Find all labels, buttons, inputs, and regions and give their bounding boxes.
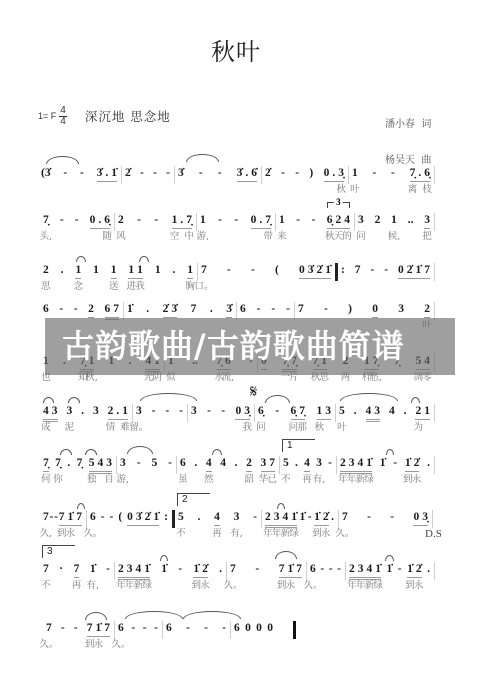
- measure: (3̇--3̇.1̇: [38, 166, 122, 184]
- note: 6̣枝: [424, 166, 430, 181]
- note: 2情: [108, 404, 114, 419]
- note: -: [140, 166, 144, 180]
- note: -: [131, 621, 135, 635]
- lyric: 口。: [194, 281, 213, 293]
- note: 3̇: [308, 263, 314, 278]
- note: 7到: [279, 562, 285, 577]
- lyric: 问: [356, 231, 366, 243]
- note: 2叶: [424, 302, 430, 317]
- slur-arc: [43, 397, 54, 403]
- beam-group: 03̣我: [235, 404, 250, 420]
- lyric: 虽: [178, 474, 188, 486]
- lyric: 然: [204, 474, 214, 486]
- beam-group: 43: [366, 404, 381, 422]
- note: 2韶: [246, 456, 252, 471]
- note: 1进: [128, 263, 134, 278]
- measure: 3̇--3̇.6̇: [175, 166, 262, 184]
- note: 5: [151, 456, 157, 470]
- lyric: 风: [116, 231, 126, 243]
- beam-group: 03̇2̇1̇: [127, 510, 159, 526]
- lyric: 绿: [142, 580, 152, 592]
- note: 1̇绿: [366, 456, 372, 471]
- note: 7不: [43, 562, 49, 576]
- note: 2: [88, 302, 94, 317]
- note: 4: [389, 404, 395, 418]
- note: -: [391, 166, 395, 180]
- note: -: [61, 621, 65, 635]
- note: 1难: [122, 404, 128, 419]
- tuplet-number: 3: [334, 197, 343, 207]
- sheet-music-page: 秋叶 1= F 4 4 深沉地 思念地 潘小春 词 杨吴天 曲 (3̇--3̇.…: [0, 0, 500, 693]
- beam-group: 4再: [304, 456, 310, 472]
- measure: 3--03̣我: [188, 404, 255, 422]
- note: -: [178, 562, 182, 576]
- note: -: [154, 621, 158, 635]
- note: 3̇: [237, 166, 243, 181]
- note: 6久。: [310, 562, 316, 576]
- volta-bracket: 3: [42, 545, 75, 558]
- note: 2̇永: [323, 510, 329, 525]
- measure: 3留。---: [133, 404, 188, 422]
- score-row-10: 7久。--7到1̇永76久。---6---6000: [43, 621, 296, 639]
- measure: 7口。--(03̇2̇1̇: [198, 263, 338, 281]
- lyric: 久。: [303, 580, 322, 592]
- lyric: 那: [297, 422, 307, 434]
- measure: 7久。-7到1̇永7: [227, 562, 307, 580]
- note: -: [80, 166, 84, 180]
- note: 7: [191, 302, 197, 316]
- lyric: 何: [41, 474, 51, 486]
- slur-arc: [127, 446, 153, 454]
- note: 2: [375, 213, 381, 227]
- note: 4: [220, 456, 226, 470]
- note: -: [324, 302, 328, 316]
- note: 7̣头,: [43, 213, 49, 227]
- note: 0: [324, 166, 330, 181]
- note: -: [370, 263, 374, 277]
- note: -: [251, 263, 255, 277]
- note: 6: [166, 621, 172, 635]
- note: -: [153, 166, 157, 180]
- note: 4再: [214, 510, 220, 525]
- note: 0: [90, 213, 96, 228]
- note: 0: [398, 263, 404, 278]
- beam-group: 3̇.6̇: [237, 166, 257, 182]
- lyric: 随: [102, 231, 112, 243]
- song-title: 秋叶: [196, 32, 276, 67]
- note: 1̇: [127, 302, 133, 316]
- note: ): [348, 302, 352, 316]
- score-row-8: 7久,--7到1̇永76久。--(03̇2̇1̇:25不.4再3有,-2年3年4…: [40, 510, 433, 528]
- note: -: [106, 562, 110, 576]
- note: -: [179, 404, 183, 418]
- slur-arc: [76, 256, 86, 262]
- note: 1: [93, 263, 99, 277]
- note: 3: [191, 404, 197, 418]
- lyric: 不: [41, 580, 51, 592]
- note: -: [275, 404, 279, 418]
- measure: 2思.1念11送1进1我1.1胸: [40, 263, 198, 281]
- measure: 7久。--7到1̇永7: [43, 621, 115, 639]
- lyric: 游,: [197, 231, 210, 243]
- note: -: [54, 510, 58, 524]
- lyric: 成: [41, 422, 51, 434]
- beam-group: 1̇到2̇永: [314, 510, 329, 526]
- note: 2风: [118, 213, 124, 227]
- note: 3: [398, 302, 404, 316]
- lyric: 叶: [350, 184, 360, 196]
- beam-group: 2年3年4新1̇绿: [340, 456, 372, 474]
- measure: 2风--1空.7̣中: [115, 213, 197, 231]
- note: 3年: [127, 562, 133, 577]
- note: -: [60, 213, 64, 227]
- note: .: [427, 562, 430, 576]
- note: 1念: [75, 263, 81, 278]
- score-row-6: 4成33泥.32情.1难3留。---3--03̣我6̣问-6̣问7̣那1秋35叶…: [40, 404, 435, 422]
- note: .: [198, 510, 201, 524]
- note: -: [218, 166, 222, 180]
- note: 1̇: [300, 510, 306, 524]
- note: 2年: [349, 562, 355, 577]
- lyric: 我: [242, 422, 252, 434]
- slur-arc: [340, 393, 398, 401]
- note: -: [218, 213, 222, 227]
- note: 3̇: [97, 166, 103, 181]
- measure: 37不·7再1̇有,-: [40, 562, 115, 580]
- beam-group: 0.7̣带: [251, 213, 271, 229]
- note: 5独: [89, 456, 95, 471]
- note: 1̇到: [314, 510, 320, 525]
- measure: 4成33泥.32情.1难: [40, 404, 133, 422]
- time-signature-top: 4: [59, 106, 67, 117]
- note: 3: [52, 404, 58, 419]
- lyric: 送: [109, 281, 119, 293]
- note: 7̣何: [43, 456, 49, 471]
- note: -: [255, 562, 259, 576]
- note: -: [281, 166, 285, 180]
- lyric: 枝: [422, 184, 432, 196]
- note: 3泥: [66, 404, 72, 418]
- note: 3有,: [234, 510, 240, 524]
- note: 2̇永: [416, 562, 422, 577]
- note: 3: [374, 404, 380, 419]
- note: 7̣带: [265, 213, 271, 228]
- note: 0: [372, 302, 378, 317]
- dal-segno-mark: D.S: [425, 528, 442, 540]
- note: 2̇: [407, 263, 413, 278]
- note: 2̇永: [202, 562, 208, 577]
- tuplet-bracket: 3: [327, 202, 350, 208]
- note: -: [186, 621, 190, 635]
- beam-group: 7到1̇永7: [59, 510, 82, 526]
- note: 4的: [344, 213, 350, 228]
- note: 1̇绿: [291, 510, 297, 525]
- lyric: 久。: [223, 580, 242, 592]
- note: -: [286, 302, 290, 316]
- note: 1̇: [415, 263, 421, 278]
- note: -: [311, 213, 315, 227]
- tie-arc: [125, 611, 183, 619]
- note: 7到: [59, 510, 65, 525]
- beam-group: 7̣何: [43, 456, 49, 472]
- note: .: [259, 213, 262, 228]
- note: 7再: [74, 562, 80, 577]
- note: 1游,: [200, 213, 206, 227]
- note: 6̣随: [104, 213, 110, 228]
- lyric: 久。: [335, 528, 354, 540]
- beam-group: 7到1̇永7: [279, 562, 302, 578]
- note: 6久。: [118, 621, 124, 635]
- note: 1̇: [161, 562, 167, 576]
- note: 3̇: [136, 510, 142, 525]
- note: 1我: [137, 263, 143, 278]
- beam-group: 2韶: [246, 456, 252, 472]
- slur-arc: [277, 503, 285, 509]
- note: 1̇: [111, 166, 117, 181]
- note: -: [296, 213, 300, 227]
- note: 2̇: [145, 510, 151, 525]
- lyricist-credit: 潘小春 词: [385, 119, 431, 131]
- banner-text: 古韵歌曲/古韵歌曲简谱: [62, 327, 405, 365]
- note: -: [329, 562, 333, 576]
- beam-group: 7̣离.6̣枝: [410, 166, 430, 182]
- measure: :7--02̇1̇7: [338, 263, 435, 281]
- note: -: [204, 621, 208, 635]
- note: -: [74, 621, 78, 635]
- note: 6: [240, 302, 246, 316]
- slur-arc: [212, 449, 222, 455]
- beam-group: 36̣秋2天4的: [327, 213, 350, 229]
- score-row-3: 2思.1念11送1进1我1.1胸7口。--(03̇2̇1̇:7--02̇1̇7: [40, 263, 435, 281]
- slur-arc: [85, 449, 97, 455]
- lyric: 永: [286, 580, 296, 592]
- beam-group: 7再: [74, 562, 80, 578]
- note: 0: [299, 263, 305, 278]
- beam-group: 2̇3̇: [163, 302, 178, 318]
- note: -: [308, 510, 312, 524]
- note: 7: [113, 302, 119, 317]
- note: 1̇有,: [90, 562, 96, 576]
- note: 0: [235, 404, 241, 419]
- note: 1̇永: [67, 510, 73, 525]
- lyric: 思: [41, 281, 51, 293]
- note: -: [152, 404, 156, 418]
- measure: 7久。--03̣: [339, 510, 433, 528]
- note: -: [398, 562, 402, 576]
- score-row-1: (3̇--3̇.1̇2̇---3̇--3̇.6̇2̇--)0.3̣秋1叶--7̣…: [38, 166, 435, 184]
- lyric: 不: [176, 528, 186, 540]
- beam-group: 3华7已: [261, 456, 276, 472]
- lyric: 韶: [244, 474, 254, 486]
- note: -: [320, 562, 324, 576]
- note: 4新: [283, 510, 289, 525]
- note: 1̇到: [407, 562, 413, 577]
- slur-arc: [411, 397, 420, 403]
- note: .: [180, 213, 183, 228]
- note: -: [295, 166, 299, 180]
- note: 1来: [279, 213, 285, 227]
- slur-arc: [60, 449, 72, 455]
- note: 3̣我: [244, 404, 250, 419]
- beam-group: 03̇2̇1̇: [299, 263, 331, 279]
- measure: 5叶.434.2为1: [336, 404, 435, 422]
- slur-arc: [46, 156, 79, 164]
- lyric: 永: [321, 528, 331, 540]
- measure: 3问21候,..3把: [355, 213, 435, 231]
- note: 3: [93, 404, 99, 418]
- note: 6虽: [180, 456, 186, 470]
- note: .: [81, 404, 84, 418]
- slur-arc: [385, 555, 394, 561]
- note: 3年: [358, 562, 364, 577]
- note: 1̇到: [405, 456, 411, 471]
- note: 1̇永: [95, 621, 101, 636]
- note: 6̣问: [258, 404, 264, 418]
- measure: 1来--36̣秋2天4的: [276, 213, 355, 231]
- beam-group: 0.6̣随: [90, 213, 110, 229]
- note: 4然: [206, 456, 212, 471]
- beam-group: 1秋3: [317, 404, 332, 420]
- lyric: 把: [422, 231, 432, 243]
- note: .: [61, 263, 64, 277]
- note: 1̇绿: [375, 562, 381, 577]
- lyric: 独: [87, 474, 97, 486]
- note: -: [221, 404, 225, 418]
- note: 7久。: [46, 621, 52, 635]
- lyric: 游,: [117, 474, 130, 486]
- note: 1送: [111, 263, 117, 278]
- note: 7到: [87, 621, 93, 636]
- note: 5不: [283, 456, 289, 470]
- lyric: 绿: [373, 580, 383, 592]
- note: 3̇: [178, 166, 184, 180]
- beam-group: 4再: [214, 510, 220, 526]
- measure: 2年3年4新1̇绿1̇-1̇到2̇永.: [262, 510, 339, 528]
- note: 5不: [178, 510, 184, 524]
- note: 2年: [118, 562, 124, 577]
- lyric: 秋: [315, 422, 325, 434]
- slur-arc: [140, 393, 197, 401]
- note: -: [257, 302, 261, 316]
- measure: 7̣何7̣你.7̣5独43自: [40, 456, 117, 474]
- note: 0: [245, 621, 251, 635]
- note: -: [63, 166, 67, 180]
- note: :: [341, 263, 345, 277]
- note: 2天: [336, 213, 342, 228]
- lyric: 久。: [39, 639, 58, 651]
- measure: 2年3年4新1̇绿1̇-1̇到2̇永.: [346, 562, 435, 580]
- measure: 6虽.4然4.2韶3华7已: [177, 456, 280, 474]
- note: .: [194, 456, 197, 470]
- note: :: [164, 510, 168, 524]
- note: .: [210, 302, 213, 316]
- note: 7: [104, 621, 110, 636]
- note: 6: [234, 621, 240, 635]
- lyric: 秋: [336, 184, 346, 196]
- note: -: [393, 456, 397, 470]
- beam-group: 1空.7̣中: [172, 213, 192, 229]
- lyric: 有,: [230, 528, 243, 540]
- note: -: [75, 213, 79, 227]
- slur-arc: [265, 395, 290, 403]
- note: ..: [408, 213, 414, 227]
- note: -: [337, 562, 341, 576]
- note: 2思: [43, 263, 49, 277]
- measure: 3游,-5-: [117, 456, 177, 474]
- slur-arc: [186, 154, 219, 162]
- lyric: 自: [104, 474, 114, 486]
- note: -: [227, 263, 231, 277]
- slur-arc: [275, 551, 297, 559]
- volta-bracket: 2: [177, 493, 210, 506]
- note: -: [222, 621, 226, 635]
- note: 7已: [269, 456, 275, 471]
- beam-group: 1̇到2̇永: [193, 562, 208, 578]
- note: 0: [413, 510, 419, 525]
- slur-arc: [386, 449, 394, 455]
- beam-group: 6̣问7̣那: [291, 404, 306, 420]
- note: 1空: [172, 213, 178, 228]
- note: .: [295, 456, 298, 470]
- note: 7久,: [43, 510, 49, 524]
- lyric: 离: [408, 184, 418, 196]
- note: (3̇: [41, 166, 51, 180]
- note: 4新: [358, 456, 364, 471]
- note: -: [59, 302, 63, 316]
- lyric: 永: [200, 580, 210, 592]
- note: .: [427, 456, 430, 470]
- note: 1̇绿: [144, 562, 150, 577]
- beam-group: 2情.1难: [108, 404, 128, 420]
- beam-group: 2年3年4新1̇绿: [118, 562, 150, 580]
- note: .: [235, 456, 238, 470]
- lyric: 永: [414, 580, 424, 592]
- lyric: 再: [302, 474, 312, 486]
- measure: 6久。--(03̇2̇1̇:: [87, 510, 175, 528]
- note: 0: [267, 621, 273, 635]
- measure: 1叶--7̣离.6̣枝: [349, 166, 435, 184]
- lyric: 来: [277, 231, 287, 243]
- note: 3华: [261, 456, 267, 471]
- key-signature-line: 1= F 4 4 深沉地 思念地: [38, 104, 171, 128]
- lyric: 再: [212, 528, 222, 540]
- note: -: [253, 510, 257, 524]
- note: ·: [59, 562, 63, 576]
- note: 7口。: [201, 263, 207, 277]
- note: 1: [155, 263, 161, 277]
- measure: 1游,--0.7̣带: [197, 213, 276, 231]
- beam-group: 1念: [75, 263, 81, 279]
- lyric: 问: [256, 422, 266, 434]
- note: 5叶: [339, 404, 345, 418]
- time-signature-bottom: 4: [60, 117, 66, 127]
- beam-group: 1胸: [187, 263, 193, 279]
- lyric: 叶: [337, 422, 347, 434]
- beam-group: 2叶: [424, 302, 430, 318]
- note: 7̣离: [410, 166, 416, 181]
- note: 1叶: [352, 166, 358, 180]
- note: .: [172, 263, 175, 277]
- measure: 2年3年4新1̇绿1̇-1̇到2̇永.: [115, 562, 227, 580]
- beam-group: 2: [88, 302, 94, 318]
- note: -: [367, 510, 371, 524]
- note: 3自: [106, 456, 112, 471]
- lyric: 绿: [364, 474, 374, 486]
- note: -: [166, 166, 170, 180]
- note: 7: [424, 263, 430, 278]
- lyric: 久,: [40, 528, 53, 540]
- note: 6久。: [90, 510, 96, 524]
